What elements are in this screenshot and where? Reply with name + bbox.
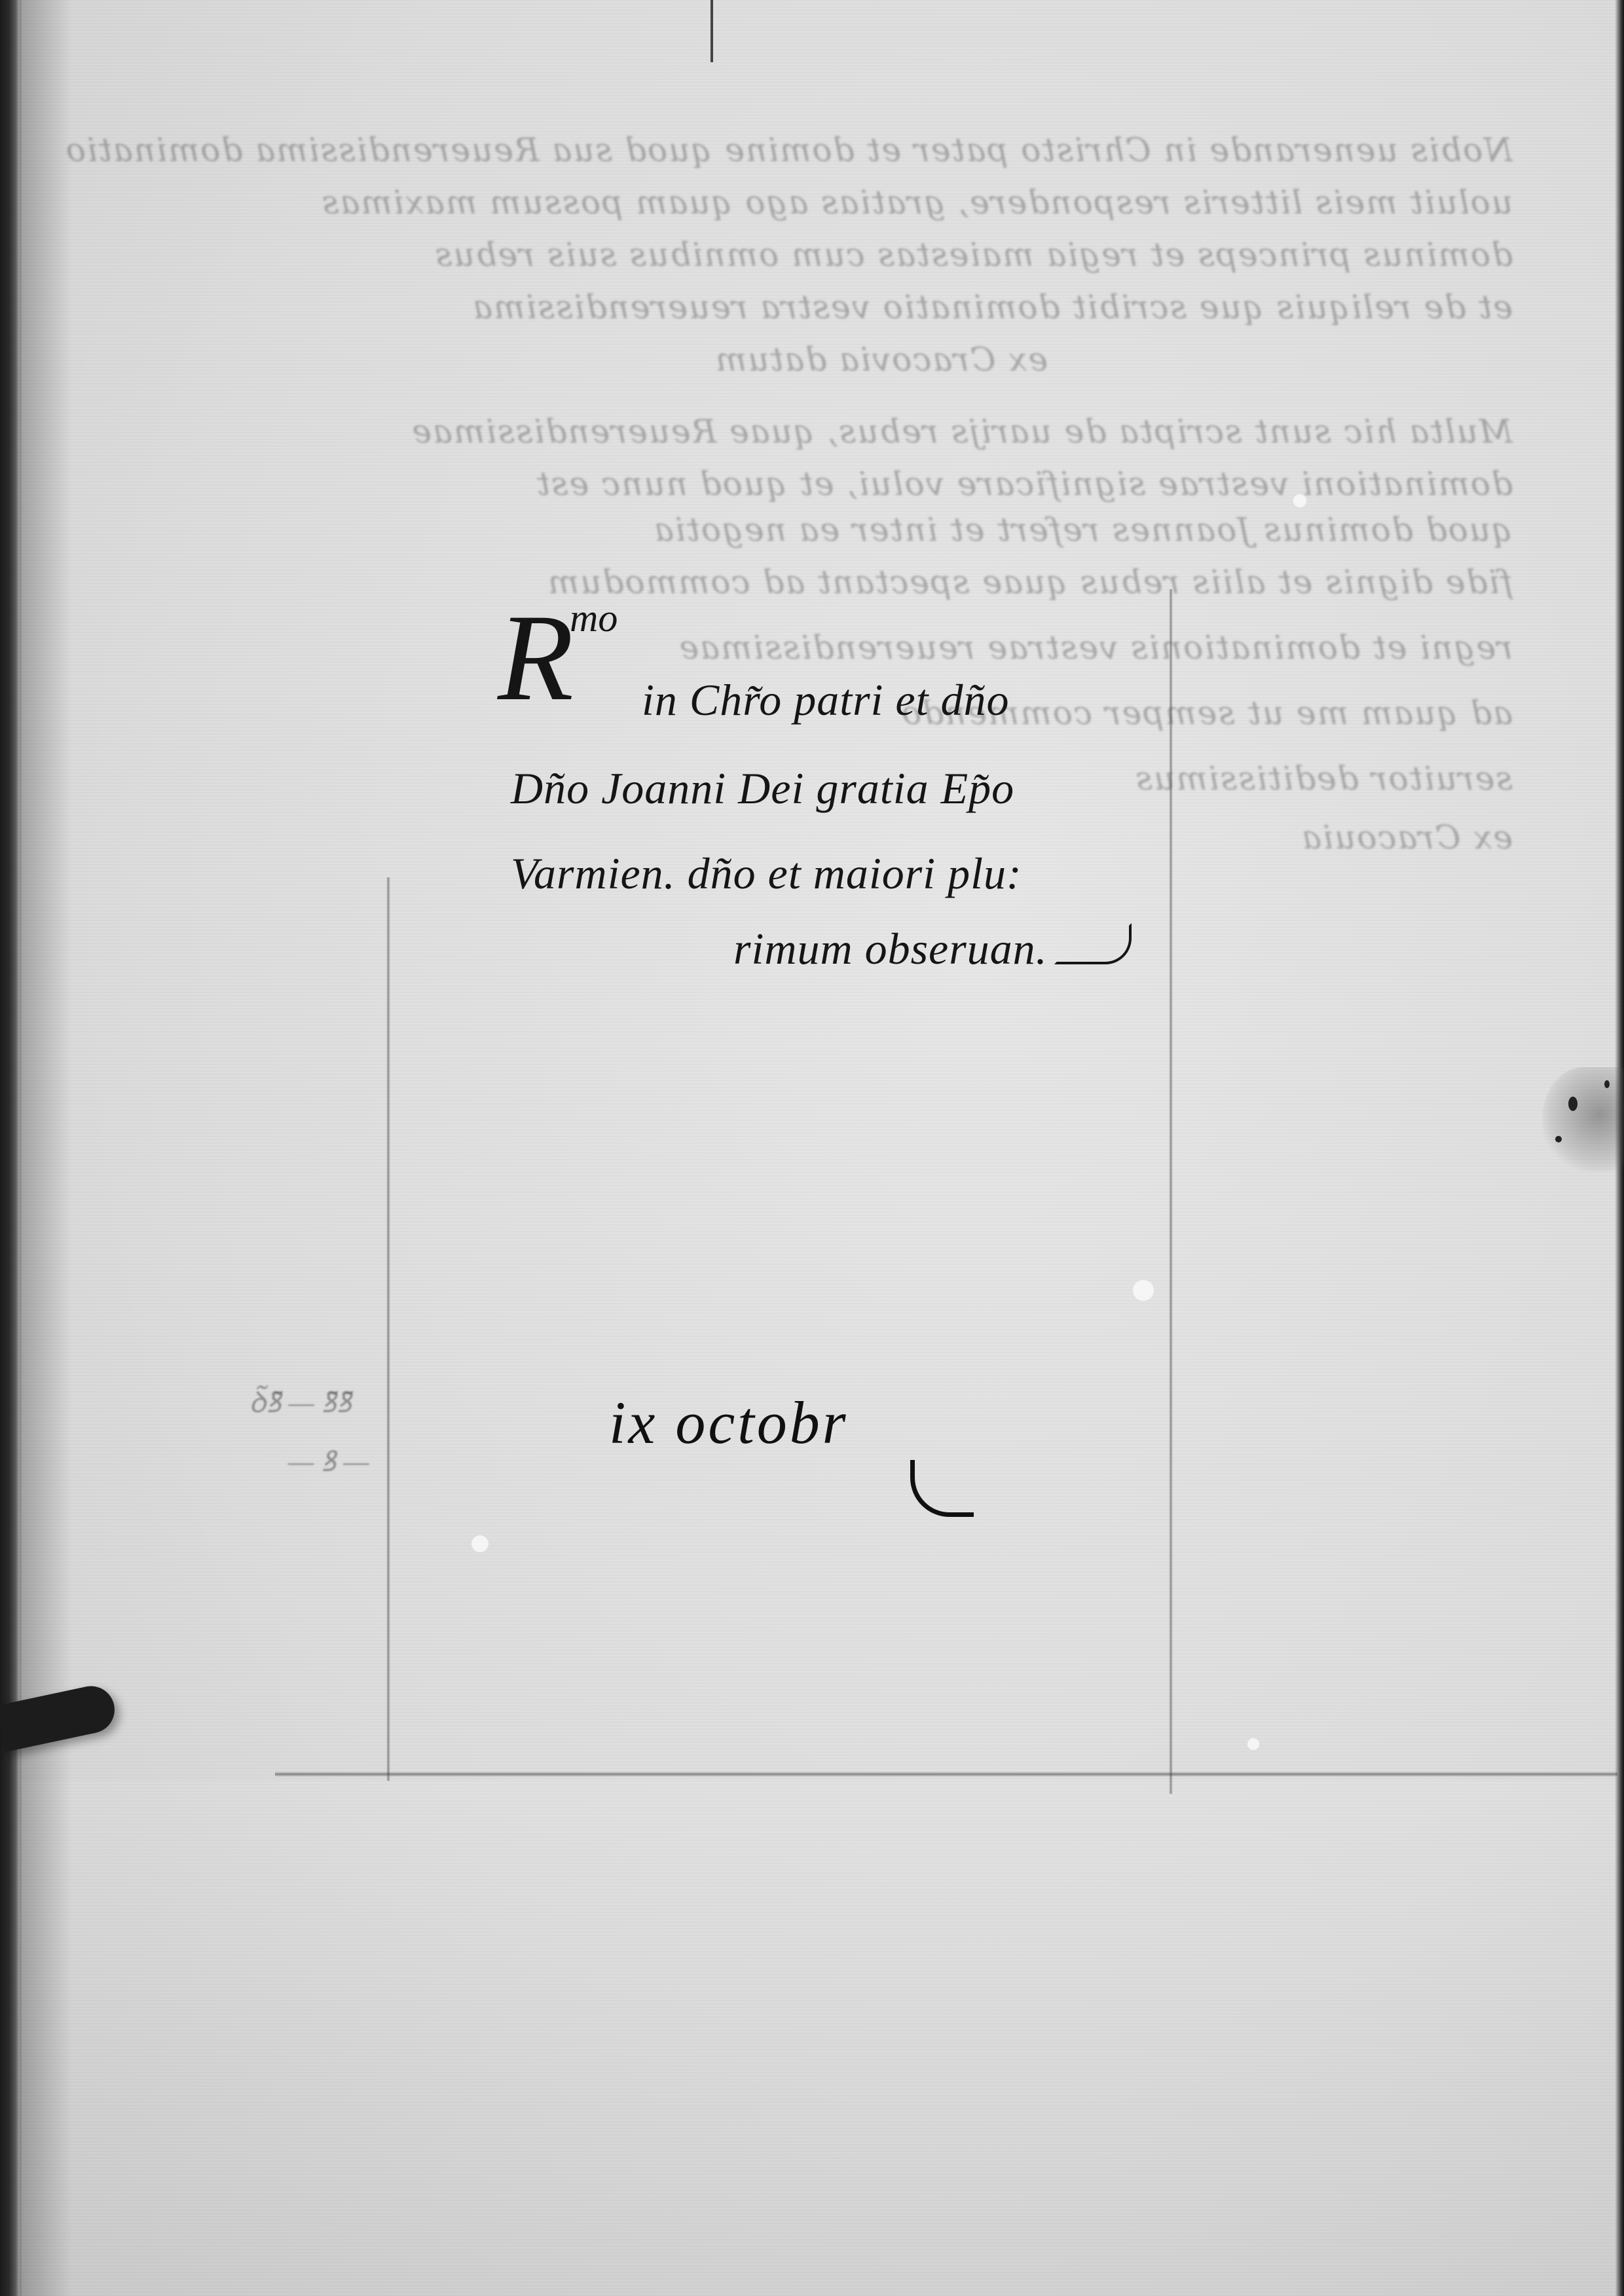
faint-marginal-notes: ꝺ̃ꝸ̃ — ꝸ̃ꝸ̃ — ꝸ — bbox=[249, 1381, 369, 1480]
seal-speck bbox=[1568, 1097, 1578, 1111]
binding-shadow bbox=[20, 0, 72, 2296]
seal-speck bbox=[1555, 1136, 1562, 1142]
top-edge-mark bbox=[710, 0, 713, 62]
bleed-through-line: regni et dominationis vestrae reuerendis… bbox=[59, 629, 1513, 666]
scan-dust bbox=[1133, 1280, 1154, 1301]
bleed-through-line: fide dignis et aliis rebus quae spectant… bbox=[59, 563, 1513, 601]
seal-residue bbox=[1542, 1067, 1624, 1172]
horizontal-fold-line bbox=[275, 1772, 1617, 1777]
bleed-through-line: et de reliquis que scribit dominatio ves… bbox=[59, 288, 1513, 326]
faint-note-line: — ꝸ — bbox=[288, 1440, 369, 1480]
address-line-2: Dño Joanni Dei gratia Ep̃o bbox=[511, 763, 1014, 814]
address-line-1: in Chr̃o patri et dño bbox=[642, 674, 1010, 726]
bleed-through-line: Nobis uenerande in Christo pater et domi… bbox=[59, 131, 1513, 169]
bleed-through-line: quod dominus Joannes refert et inter ea … bbox=[59, 511, 1513, 549]
manuscript-page: Nobis uenerande in Christo pater et domi… bbox=[0, 0, 1624, 2296]
endorsement-date: ix octobr bbox=[609, 1388, 849, 1457]
bleed-through-line: dominus princeps et regia maiestas cum o… bbox=[59, 236, 1513, 274]
address-initial-superscript: mo bbox=[570, 596, 618, 641]
bleed-through-line: ex Cracovia datum bbox=[589, 340, 1048, 378]
address-line-3: Varmien. dño et maiori plu: bbox=[511, 848, 1022, 900]
binding-edge bbox=[0, 0, 22, 2296]
lower-fold-panel bbox=[20, 1781, 1615, 2296]
closing-flourish bbox=[1054, 923, 1132, 964]
scan-dust bbox=[471, 1535, 489, 1552]
faint-note-line: ꝺ̃ꝸ̃ — ꝸ̃ꝸ̃ bbox=[249, 1381, 369, 1421]
scan-dust bbox=[1293, 494, 1306, 507]
bleed-through-line: Multa hic sunt scripta de uarijs rebus, … bbox=[59, 412, 1513, 450]
seal-speck bbox=[1604, 1080, 1610, 1088]
address-line-4: rimum obseruan. bbox=[733, 923, 1048, 975]
address-initial: R bbox=[498, 596, 574, 720]
bleed-through-line: uoluit meis litteris respondere, gratias… bbox=[59, 183, 1513, 221]
endorsement-flourish bbox=[910, 1460, 974, 1517]
scan-dust bbox=[1247, 1738, 1259, 1750]
vertical-fold-line-left bbox=[386, 877, 390, 1781]
